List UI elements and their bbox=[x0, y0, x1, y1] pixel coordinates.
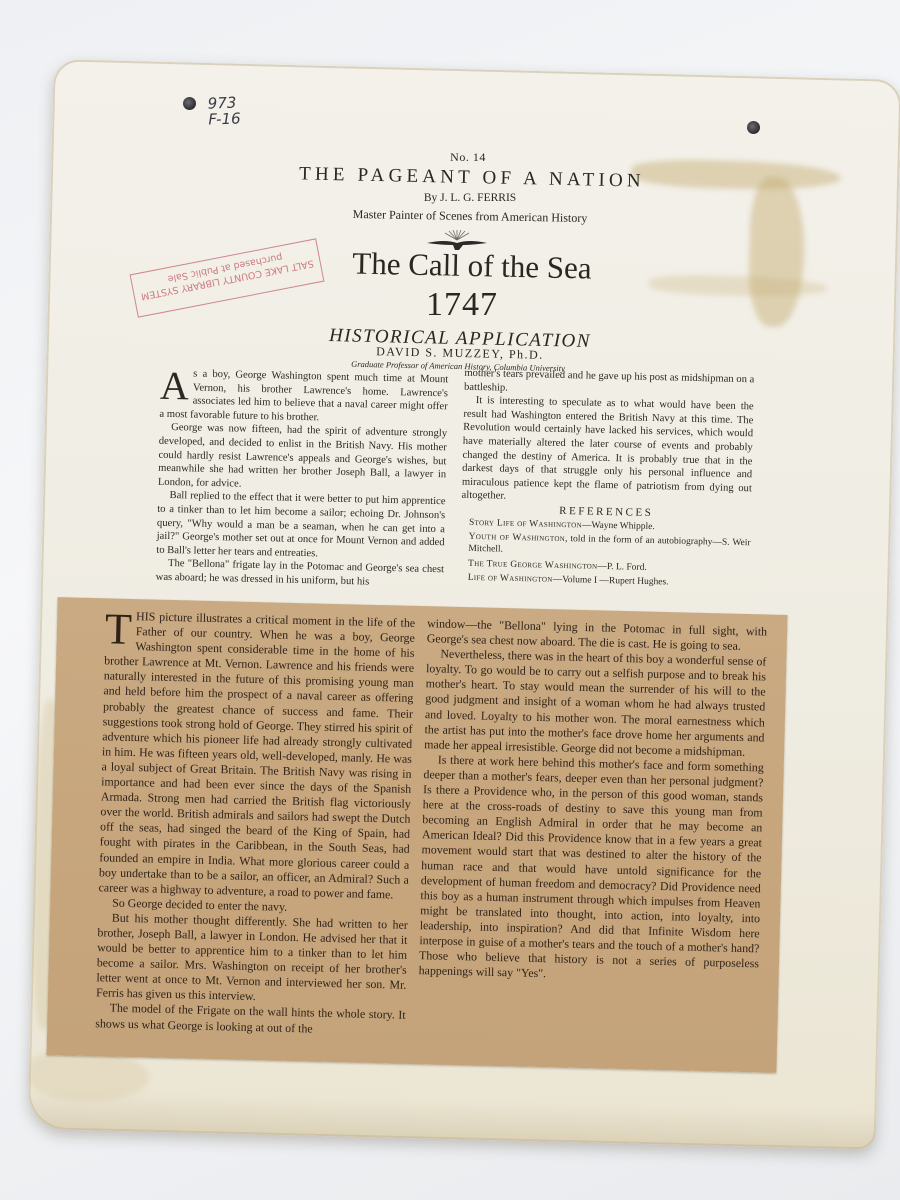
article-paragraph: George was now fifteen, had the spirit o… bbox=[158, 421, 447, 495]
clipping-paragraph: Is there at work here behind this mother… bbox=[418, 752, 763, 987]
article-paragraph: Ball replied to the effect that it were … bbox=[156, 489, 445, 563]
clipping-left-column: THIS picture illustrates a critical mome… bbox=[95, 608, 415, 1038]
punch-hole-right bbox=[747, 121, 760, 134]
clipping-paragraph: The model of the Frigate on the wall hin… bbox=[95, 1001, 406, 1039]
clipping-paragraph: THIS picture illustrates a critical mome… bbox=[98, 608, 415, 902]
clipping-paragraph: But his mother thought differently. She … bbox=[96, 910, 408, 1008]
article-left-column: As a boy, George Washington spent much t… bbox=[156, 367, 449, 591]
reference-author: —Wayne Whipple. bbox=[582, 520, 655, 532]
paragraph-text: HIS picture illustrates a critical momen… bbox=[98, 609, 415, 901]
byline: By J. L. G. FERRIS bbox=[20, 192, 900, 204]
reference-item: Youth of Washington, told in the form of… bbox=[460, 531, 750, 562]
reference-title: Story Life of Washington bbox=[469, 517, 582, 530]
reference-title: Youth of Washington bbox=[469, 532, 566, 544]
article-paragraph: It is interesting to speculate as to wha… bbox=[461, 394, 753, 509]
reference-title: Life of Washington bbox=[468, 573, 553, 585]
newspaper-clipping: THIS picture illustrates a critical mome… bbox=[47, 597, 788, 1073]
reference-title: The True George Washington bbox=[468, 559, 598, 572]
punch-hole-left bbox=[183, 97, 196, 110]
article-paragraph: As a boy, George Washington spent much t… bbox=[159, 367, 448, 428]
clipping-right-column: window—the "Bellona" lying in the Potoma… bbox=[418, 616, 767, 986]
article-right-column: mother's tears prevailed and he gave up … bbox=[460, 367, 755, 593]
reference-author: —Volume I —Rupert Hughes. bbox=[553, 575, 669, 588]
reference-author: —P. L. Ford. bbox=[597, 562, 647, 573]
paragraph-text: s a boy, George Washington spent much ti… bbox=[159, 369, 448, 424]
call-number-line-2: F-16 bbox=[208, 110, 241, 127]
drop-cap: T bbox=[104, 610, 132, 649]
call-number: 973 F-16 bbox=[207, 94, 240, 127]
clipping-paragraph: Nevertheless, there was in the heart of … bbox=[424, 646, 766, 760]
drop-cap: A bbox=[160, 369, 190, 404]
